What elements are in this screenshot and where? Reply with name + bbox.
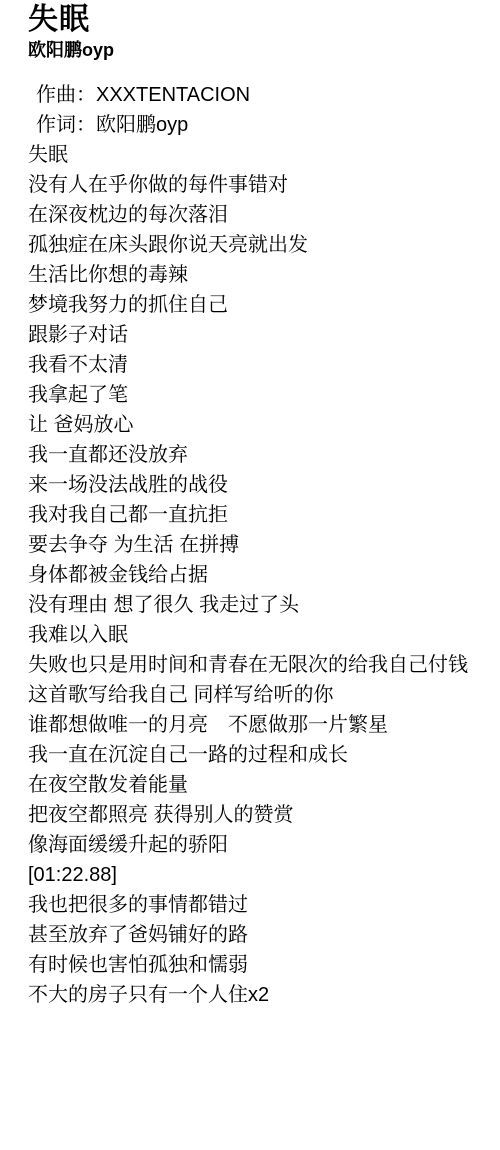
lyric-line: 我也把很多的事情都错过 xyxy=(28,890,490,920)
lyric-line: 要去争夺 为生活 在拼搏 xyxy=(28,530,490,560)
lyric-line: 谁都想做唯一的月亮 不愿做那一片繁星 xyxy=(28,710,490,740)
lyric-line: 把夜空都照亮 获得别人的赞赏 xyxy=(28,800,490,830)
lyrics-body: 失眠没有人在乎你做的每件事错对在深夜枕边的每次落泪孤独症在床头跟你说天亮就出发生… xyxy=(28,140,490,1010)
lyric-line: 我难以入眠 xyxy=(28,620,490,650)
lyric-line: 来一场没法战胜的战役 xyxy=(28,470,490,500)
lyric-line: 失败也只是用时间和青春在无限次的给我自己付钱 xyxy=(28,650,490,680)
song-title: 失眠 xyxy=(28,2,490,38)
lyric-line: [01:22.88] xyxy=(28,860,490,890)
lyric-line: 在夜空散发着能量 xyxy=(28,770,490,800)
lyric-line: 这首歌写给我自己 同样写给听的你 xyxy=(28,680,490,710)
lyricist-credit: 作词：欧阳鹏oyp xyxy=(36,110,490,140)
lyric-line: 生活比你想的毒辣 xyxy=(28,260,490,290)
lyric-line: 没有理由 想了很久 我走过了头 xyxy=(28,590,490,620)
lyric-line: 孤独症在床头跟你说天亮就出发 xyxy=(28,230,490,260)
lyric-line: 像海面缓缓升起的骄阳 xyxy=(28,830,490,860)
lyric-line: 我拿起了笔 xyxy=(28,380,490,410)
lyric-line: 在深夜枕边的每次落泪 xyxy=(28,200,490,230)
lyric-line: 没有人在乎你做的每件事错对 xyxy=(28,170,490,200)
lyric-line: 让 爸妈放心 xyxy=(28,410,490,440)
lyric-line: 甚至放弃了爸妈铺好的路 xyxy=(28,920,490,950)
lyric-line: 有时候也害怕孤独和懦弱 xyxy=(28,950,490,980)
lyric-line: 我对我自己都一直抗拒 xyxy=(28,500,490,530)
artist-name: 欧阳鹏oyp xyxy=(28,38,490,62)
lyric-line: 我看不太清 xyxy=(28,350,490,380)
lyrics-page: 失眠 欧阳鹏oyp 作曲：XXXTENTACION 作词：欧阳鹏oyp 失眠没有… xyxy=(0,0,500,1150)
lyric-line: 失眠 xyxy=(28,140,490,170)
lyric-line: 不大的房子只有一个人住x2 xyxy=(28,980,490,1010)
lyric-line: 我一直在沉淀自己一路的过程和成长 xyxy=(28,740,490,770)
lyric-line: 跟影子对话 xyxy=(28,320,490,350)
lyric-line: 我一直都还没放弃 xyxy=(28,440,490,470)
lyric-line: 身体都被金钱给占据 xyxy=(28,560,490,590)
lyric-line: 梦境我努力的抓住自己 xyxy=(28,290,490,320)
credits-block: 作曲：XXXTENTACION 作词：欧阳鹏oyp xyxy=(28,80,490,140)
composer-credit: 作曲：XXXTENTACION xyxy=(36,80,490,110)
